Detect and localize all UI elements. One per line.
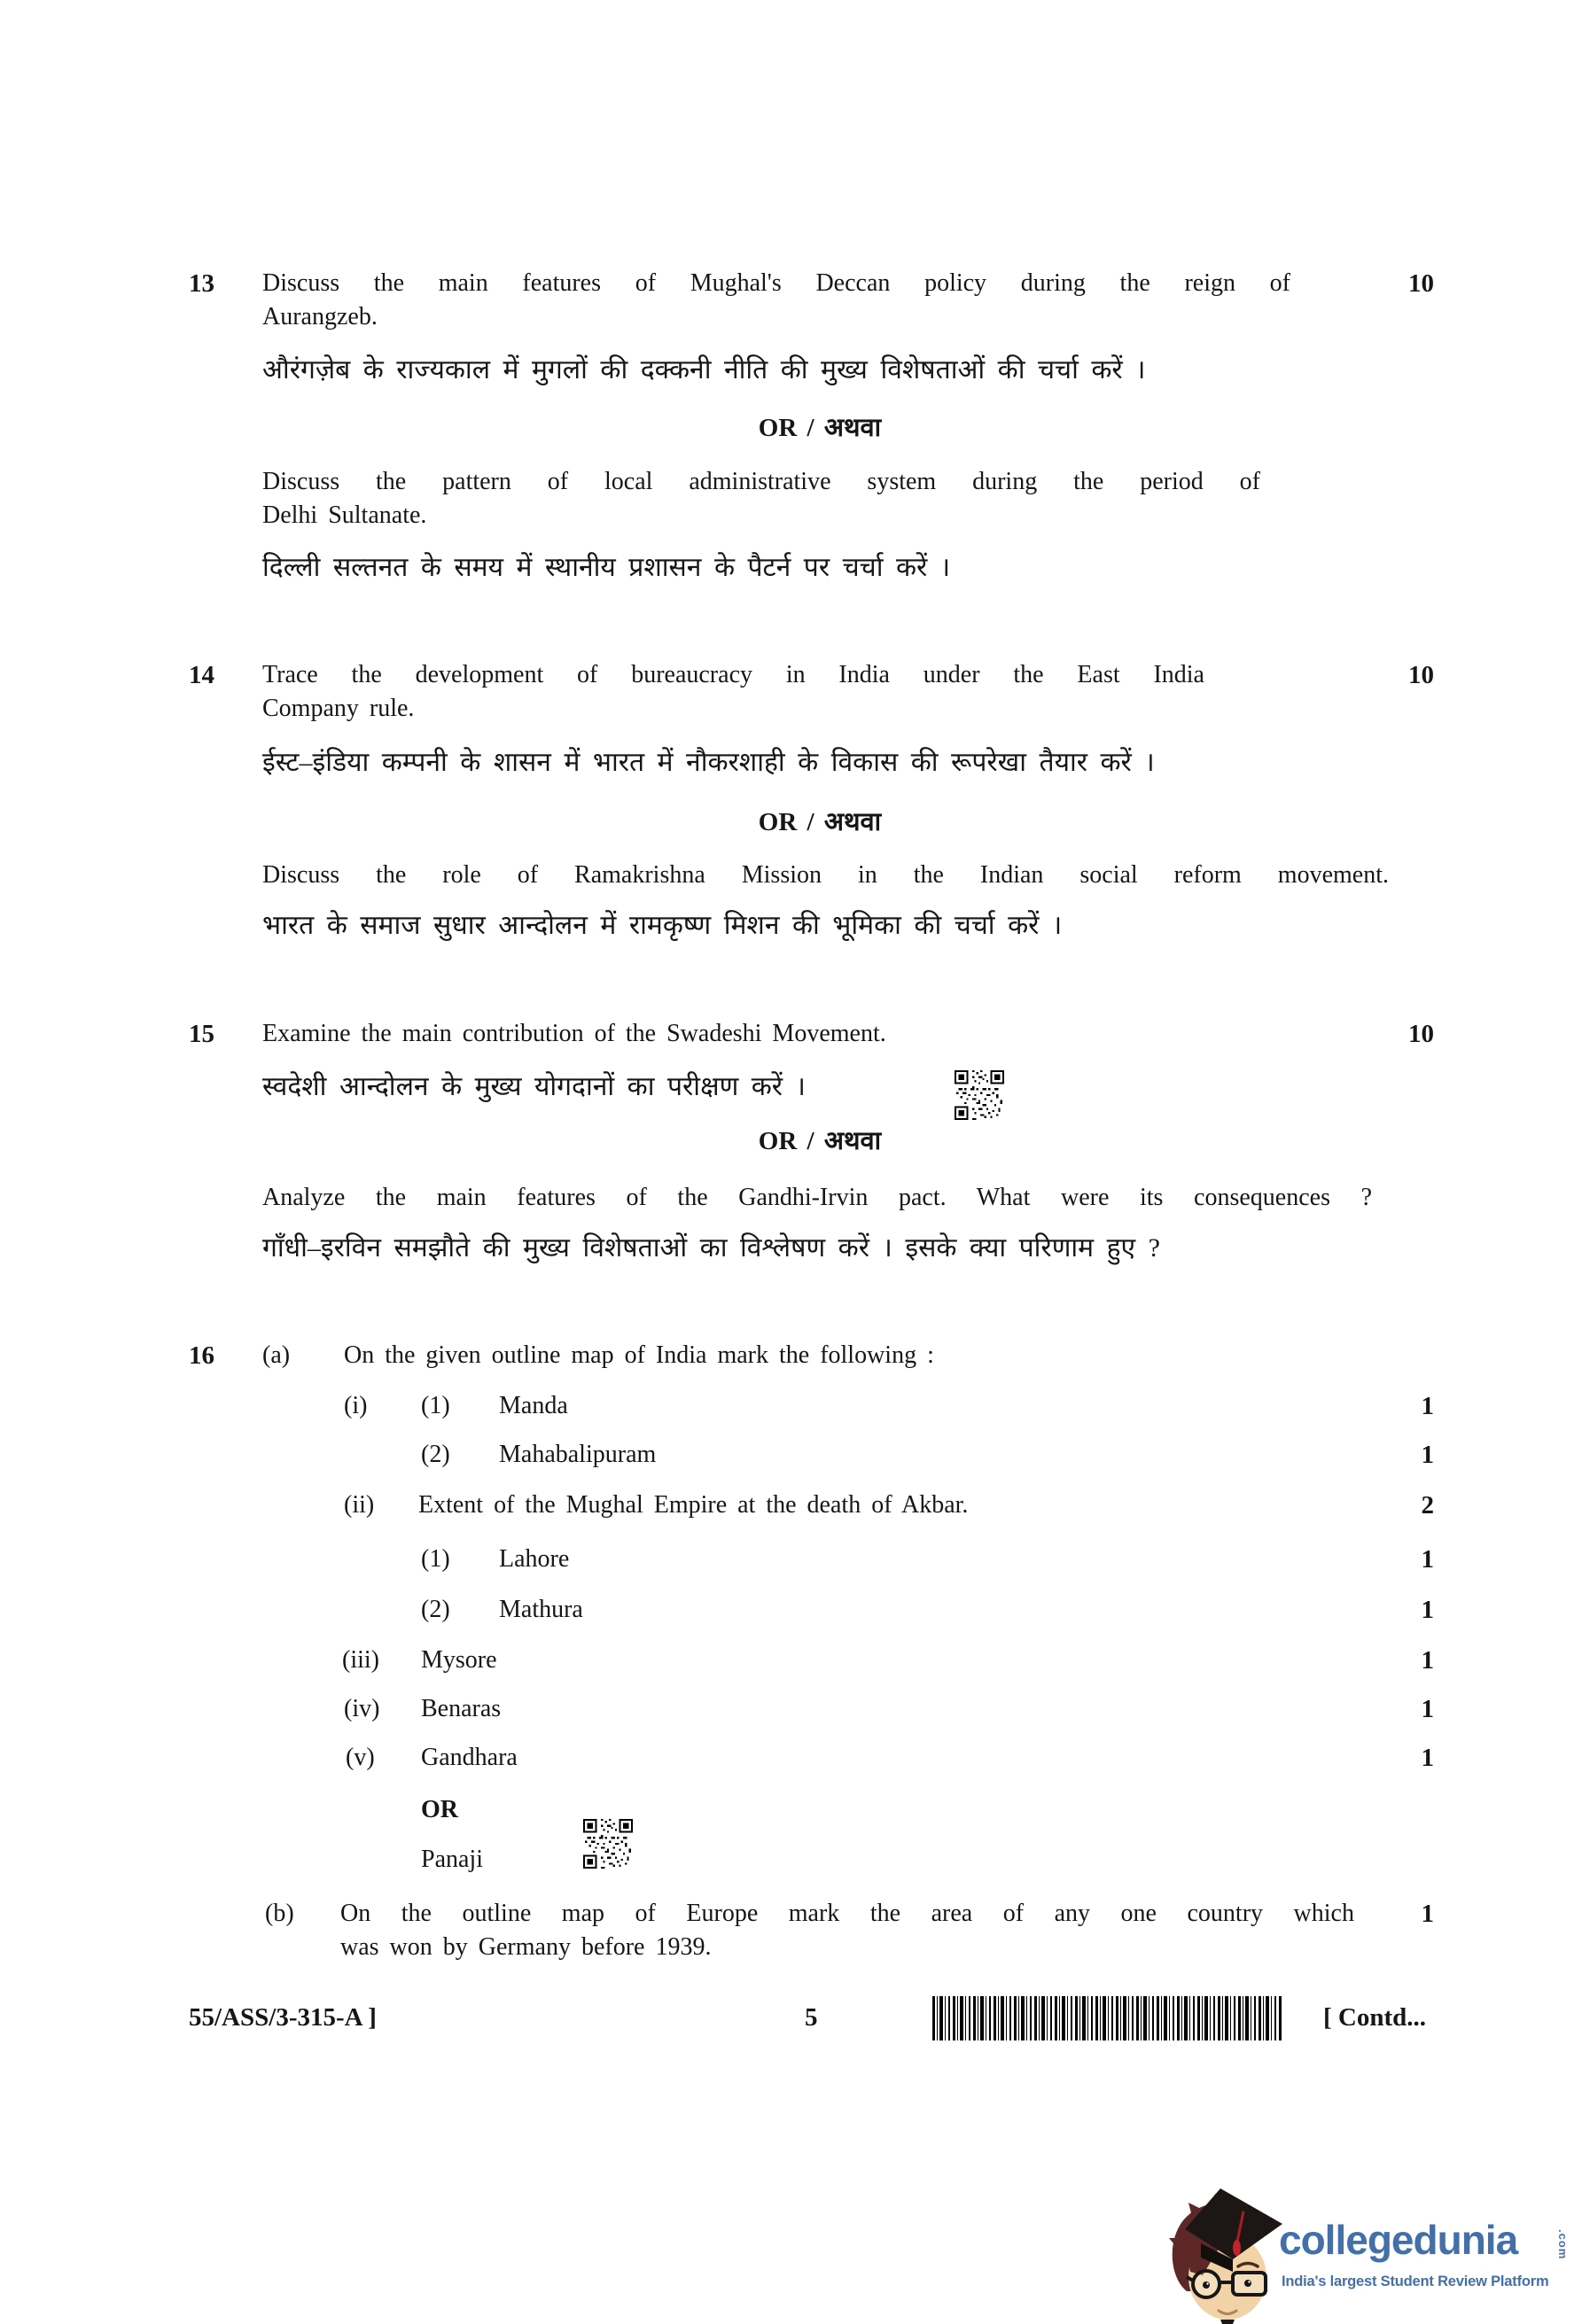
item-roman: (iii) (342, 1644, 379, 1677)
question-text-line: Trace the development of bureaucracy in … (262, 658, 1204, 692)
marks-value: 10 (1408, 1017, 1434, 1051)
item-name: Benaras (421, 1692, 501, 1726)
map-item-row: (1) Lahore 1 (0, 1543, 1582, 1576)
question-number: 13 (189, 267, 214, 300)
collegedunia-tagline: India's largest Student Review Platform (1282, 2273, 1548, 2290)
question-number: 16 (189, 1339, 214, 1372)
item-subnumber: (1) (421, 1389, 450, 1423)
map-item-row: (2) Mathura 1 (0, 1593, 1582, 1627)
item-subnumber: (2) (421, 1593, 450, 1627)
item-name: Manda (499, 1389, 568, 1423)
question-text-hindi: गाँधी–इरविन समझौते की मुख्य विशेषताओं का… (262, 1229, 1160, 1268)
question-14-row: 14 Trace the development of bureaucracy … (0, 658, 1582, 692)
item-name: Extent of the Mughal Empire at the death… (418, 1488, 968, 1522)
marks-value: 10 (1408, 658, 1434, 692)
collegedunia-branding: collegedunia .com India's largest Studen… (1152, 2180, 1582, 2324)
exam-paper-page: 13 Discuss the main features of Mughal's… (0, 0, 1582, 2324)
question-text-hindi: औरंगज़ेब के राज्यकाल में मुगलों की दक्कन… (262, 351, 1146, 390)
collegedunia-tld: .com (1556, 2229, 1570, 2259)
question-13-row: 13 Discuss the main features of Mughal's… (0, 267, 1582, 300)
item-roman: (v) (346, 1741, 375, 1775)
question-text-line: Examine the main contribution of the Swa… (262, 1017, 886, 1051)
collegedunia-mascot-icon (1165, 2187, 1285, 2324)
map-item-row: (iv) Benaras 1 (0, 1692, 1582, 1726)
contd-label: [ Contd... (1323, 2000, 1426, 2035)
question-15-row: 15 Examine the main contribution of the … (0, 1017, 1582, 1051)
item-roman: (iv) (344, 1692, 379, 1726)
question-text-line: Aurangzeb. (262, 300, 378, 334)
question-text-line: Analyze the main features of the Gandhi-… (262, 1181, 1372, 1215)
map-item-row: (ii) Extent of the Mughal Empire at the … (0, 1488, 1582, 1522)
part-b-row: (b) On the outline map of Europe mark th… (0, 1897, 1582, 1931)
question-text-line: Discuss the pattern of local administrat… (262, 465, 1260, 499)
or-separator: OR / अथवा (262, 411, 1377, 445)
item-roman: (ii) (344, 1488, 374, 1522)
barcode (932, 1996, 1282, 2040)
part-label: (a) (262, 1339, 290, 1372)
item-subnumber: (1) (421, 1543, 450, 1576)
question-text-hindi: दिल्ली सल्तनत के समय में स्थानीय प्रशासन… (262, 548, 950, 587)
map-item-row: (i) (1) Manda 1 (0, 1389, 1582, 1423)
collegedunia-wordmark: collegedunia (1279, 2219, 1517, 2261)
question-text-line: Delhi Sultanate. (262, 499, 426, 532)
item-name: Mahabalipuram (499, 1438, 656, 1472)
map-item-row: (2) Mahabalipuram 1 (0, 1438, 1582, 1472)
item-subnumber: (2) (421, 1438, 450, 1472)
question-number: 15 (189, 1017, 214, 1051)
map-item-row: (v) Gandhara 1 (0, 1741, 1582, 1775)
marks-value: 1 (1422, 1897, 1435, 1931)
marks-value: 1 (1422, 1438, 1435, 1472)
marks-value: 1 (1422, 1543, 1435, 1576)
marks-value: 1 (1422, 1692, 1435, 1726)
qr-code-icon (955, 1070, 1004, 1120)
marks-value: 1 (1422, 1389, 1435, 1423)
or-separator: OR (421, 1793, 458, 1827)
question-number: 14 (189, 658, 214, 692)
item-name: Lahore (499, 1543, 569, 1576)
page-number: 5 (805, 2000, 818, 2035)
question-text-line: Discuss the role of Ramakrishna Mission … (262, 859, 1389, 892)
question-text-line: On the outline map of Europe mark the ar… (340, 1897, 1354, 1931)
paper-code: 55/ASS/3-315-A ] (189, 2000, 377, 2035)
qr-code-icon (583, 1819, 633, 1869)
question-text-hindi: स्वदेशी आन्दोलन के मुख्य योगदानों का परी… (262, 1068, 806, 1107)
item-name: Mathura (499, 1593, 583, 1627)
question-text-hindi: ईस्ट–इंडिया कम्पनी के शासन में भारत में … (262, 743, 1155, 782)
marks-value: 10 (1408, 267, 1434, 300)
marks-value: 1 (1422, 1741, 1435, 1775)
item-name: Gandhara (421, 1741, 518, 1775)
question-text-line: was won by Germany before 1939. (340, 1931, 711, 1964)
item-name: Panaji (421, 1843, 483, 1877)
question-text-line: Company rule. (262, 692, 414, 726)
part-label: (b) (265, 1897, 294, 1931)
marks-value: 1 (1422, 1593, 1435, 1627)
question-16-row: 16 (a) On the given outline map of India… (0, 1339, 1582, 1372)
item-name: Mysore (421, 1644, 497, 1677)
marks-value: 2 (1422, 1488, 1435, 1522)
marks-value: 1 (1422, 1644, 1435, 1677)
question-text-hindi: भारत के समाज सुधार आन्दोलन में रामकृष्ण … (262, 906, 1062, 945)
part-heading: On the given outline map of India mark t… (344, 1339, 934, 1372)
item-roman: (i) (344, 1389, 367, 1423)
or-separator: OR / अथवा (262, 1124, 1377, 1158)
question-text-line: Discuss the main features of Mughal's De… (262, 267, 1290, 300)
or-separator: OR / अथवा (262, 805, 1377, 839)
map-item-row: (iii) Mysore 1 (0, 1644, 1582, 1677)
